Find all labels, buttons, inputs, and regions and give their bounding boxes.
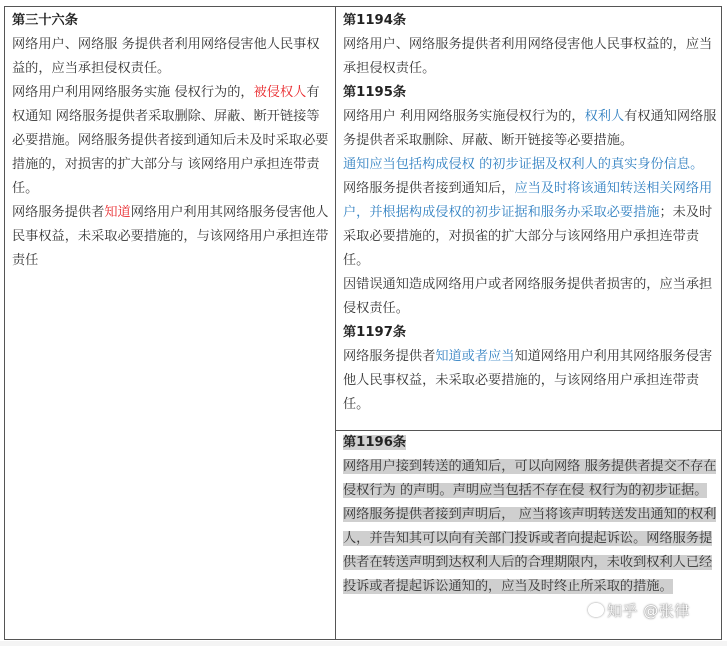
left-cell-article-36: 第三十六条 网络用户、网络服 务提供者利用网络侵害他人民事权益的，应当承担侵权责… <box>12 9 332 273</box>
article-paragraph: 网络服务提供者知道网络用户利用其网络服务侵害他人民事权益，未采取必要措施的，与该… <box>12 201 332 273</box>
text-span: 网络服务提供者接到通知后， <box>343 181 514 196</box>
article-paragraph: 网络用户 利用网络服务实施侵权行为的，权利人有权通知网络服务提供者采取删除、屏蔽… <box>343 105 718 153</box>
highlighted-text: 网络服务提供者接到声明后， 应当将该声明转送发出通知的权利人，并告知其可以向有关… <box>343 507 716 594</box>
blue-emphasis: 权利人 <box>585 109 625 124</box>
highlighted-text: 网络用户接到转送的通知后，可以向网络 服务提供者提交不存在侵权行为 的声明。声明… <box>343 459 716 498</box>
article-paragraph: 网络服务提供者接到声明后， 应当将该声明转送发出通知的权利人，并告知其可以向有关… <box>343 503 718 599</box>
watermark-text: 知乎 @张律 <box>607 602 690 620</box>
article-heading: 第1195条 <box>343 81 718 105</box>
article-paragraph: 网络用户利用网络服务实施 侵权行为的，被侵权人有权通知 网络服务提供者采取删除、… <box>12 81 332 201</box>
text-span: 网络服务提供者 <box>12 205 104 220</box>
article-paragraph: 网络服务提供者接到通知后，应当及时将该通知转送相关网络用户，并根据构成侵权的初步… <box>343 177 718 273</box>
column-divider <box>335 7 336 639</box>
wechat-bubble-icon <box>588 603 604 617</box>
blue-emphasis: 知道或者应当 <box>435 349 514 364</box>
article-heading: 第1194条 <box>343 9 718 33</box>
right-cell-article-1196: 第1196条 网络用户接到转送的通知后，可以向网络 服务提供者提交不存在侵权行为… <box>343 431 718 599</box>
text-span: 网络用户 利用网络服务实施侵权行为的， <box>343 109 585 124</box>
comparison-table: 第三十六条 网络用户、网络服 务提供者利用网络侵害他人民事权益的，应当承担侵权责… <box>4 6 722 640</box>
right-cell-articles-1194-1195-1197: 第1194条 网络用户、网络服务提供者利用网络侵害他人民事权益的，应当承担侵权责… <box>343 9 718 417</box>
article-paragraph: 网络用户接到转送的通知后，可以向网络 服务提供者提交不存在侵权行为 的声明。声明… <box>343 455 718 503</box>
watermark: 知乎 @张律 <box>588 600 690 621</box>
bottom-strip <box>0 641 727 646</box>
red-emphasis: 被侵权人 <box>254 85 307 100</box>
article-paragraph: 因错误通知造成网络用户或者网络服务提供者损害的，应当承担侵权责任。 <box>343 273 718 321</box>
highlighted-text: 第1196条 <box>343 435 406 450</box>
article-heading: 第1197条 <box>343 321 718 345</box>
text-span: 网络服务提供者 <box>343 349 435 364</box>
article-heading: 第三十六条 <box>12 9 332 33</box>
text-span: 有权通知 网络服务提供者采取删除、屏蔽、断开链接等必要措施。网络服务提供者接到通… <box>12 85 329 196</box>
text-span: 网络用户利用网络服务实施 侵权行为的， <box>12 85 254 100</box>
article-paragraph: 网络用户、网络服 务提供者利用网络侵害他人民事权益的，应当承担侵权责任。 <box>12 33 332 81</box>
article-heading: 第1196条 <box>343 431 718 455</box>
article-paragraph: 通知应当包括构成侵权 的初步证据及权利人的真实身份信息。 <box>343 153 718 177</box>
article-paragraph: 网络用户、网络服务提供者利用网络侵害他人民事权益的，应当承担侵权责任。 <box>343 33 718 81</box>
red-emphasis: 知道 <box>104 205 130 220</box>
article-paragraph: 网络服务提供者知道或者应当知道网络用户利用其网络服务侵害他人民事权益，未采取必要… <box>343 345 718 417</box>
